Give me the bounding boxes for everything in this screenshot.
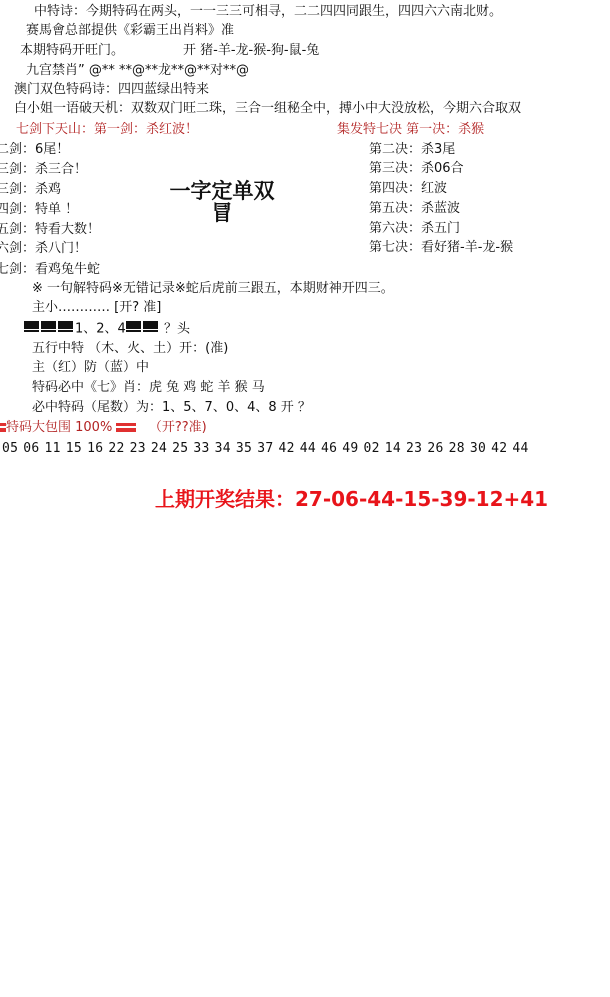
- red-bar-icon: [116, 423, 136, 432]
- jue-item: 第六决：杀五门: [369, 220, 460, 238]
- sword-value: 6尾！: [35, 142, 69, 157]
- last-result-value: 27-06-44-15-39-12+41: [295, 487, 548, 511]
- special-poem: 中特诗：今期特码在两头，一一三三可相寻，二二四四同跟生，四四六六南北财。: [34, 3, 502, 21]
- sword-value: 杀三合！: [35, 162, 87, 177]
- five-elements-line: 五行中特 （木、火、土）开：(准): [32, 340, 228, 358]
- number: 37: [257, 441, 273, 456]
- number: 05: [2, 441, 18, 456]
- number: 16: [87, 441, 103, 456]
- number: 46: [321, 441, 337, 456]
- number: 44: [512, 441, 528, 456]
- black-bars-icon: [24, 320, 75, 338]
- jue-item: 第三决：杀06合: [369, 160, 464, 178]
- jue-item: 第五决：杀蓝波: [369, 200, 460, 218]
- sword-label: 四剑：: [0, 202, 35, 217]
- sword-label: 三剑：: [0, 182, 35, 197]
- number: 06: [23, 441, 39, 456]
- surround-line: 特码大包围 100% （开??准): [0, 419, 207, 437]
- provider-line: 赛馬會总部提供《彩霸王出肖料》准: [26, 22, 234, 40]
- jue-value: 看好猪-羊-龙-猴: [421, 240, 513, 255]
- sword-value: 特看大数！: [35, 222, 100, 237]
- sword-label: 二剑：: [0, 142, 35, 157]
- one-sentence-line: ※ 一句解特码※无错记录※蛇后虎前三跟五，本期财神开四三。: [32, 280, 394, 298]
- sword-item: 三剑：杀鸡: [0, 181, 61, 199]
- number: 15: [66, 441, 82, 456]
- red-blue-line: 主（红）防（蓝）中: [32, 359, 149, 377]
- number: 25: [172, 441, 188, 456]
- jue-item: 第七决：看好猪-羊-龙-猴: [369, 239, 513, 257]
- sword-item: 四剑：特单 ！: [0, 201, 78, 219]
- wang-men-value: 开 猪-羊-龙-猴-狗-鼠-兔: [183, 42, 319, 60]
- black-bars-icon: [126, 320, 160, 338]
- sword-value: 杀鸡: [35, 182, 61, 197]
- seven-swords-header: 七剑下天山：第一剑：杀红波！: [16, 121, 198, 139]
- number-list: 0506111516222324253334353742444649021423…: [2, 441, 534, 456]
- sword-label: 七剑：: [0, 262, 35, 277]
- center-title-line2: 冒: [160, 202, 284, 224]
- macau-colors-poem: 澳门双色特码诗：四四蓝绿出特来: [14, 81, 209, 99]
- number: 49: [342, 441, 358, 456]
- number: 28: [449, 441, 465, 456]
- number: 14: [385, 441, 401, 456]
- last-result-label: 上期开奖结果：: [155, 487, 295, 511]
- jue-value: 杀06合: [421, 161, 464, 176]
- number: 34: [215, 441, 231, 456]
- head-numbers: 1、2、4: [75, 322, 126, 337]
- sword-value: 杀八门！: [35, 241, 87, 256]
- center-title: 一字定单双 冒: [160, 180, 284, 224]
- last-result: 上期开奖结果：27-06-44-15-39-12+41: [155, 486, 548, 512]
- center-title-line1: 一字定单双: [160, 180, 284, 202]
- jue-value: 红波: [421, 181, 447, 196]
- sword-label: 六剑：: [0, 241, 35, 256]
- number: 23: [406, 441, 422, 456]
- number: 42: [491, 441, 507, 456]
- tail-numbers-line: 必中特码（尾数）为：1、5、7、0、4、8 开 ？: [32, 399, 311, 417]
- seven-jue-header: 集发特七决 第一决：杀猴: [337, 121, 484, 139]
- jue-value: 杀蓝波: [421, 201, 460, 216]
- jiugong-line: 九宫禁肖” @** **@**龙**@**对**@: [26, 62, 249, 80]
- surround-label: 特码大包围 100%: [6, 420, 112, 435]
- sword-label: 三剑：: [0, 162, 35, 177]
- jue-item: 第四决：红波: [369, 180, 447, 198]
- sword-value: 特单 ！: [35, 202, 78, 217]
- sword-label: 五剑：: [0, 222, 35, 237]
- number: 42: [278, 441, 294, 456]
- number: 02: [364, 441, 380, 456]
- sword-item: 二剑：6尾！: [0, 141, 69, 159]
- jue-label: 第四决：: [369, 181, 421, 196]
- head-suffix: ？头: [160, 322, 190, 337]
- number: 44: [300, 441, 316, 456]
- jue-value: 杀五门: [421, 221, 460, 236]
- surround-suffix: （开??准): [149, 420, 207, 435]
- sword-value: 看鸡兔牛蛇: [35, 262, 100, 277]
- jue-item: 第二决：杀3尾: [369, 141, 455, 159]
- miss-bai-line: 白小姐一语破天机：双数双门旺二珠，三合一组秘全中，搏小中大没放松，今期六合取双: [14, 100, 521, 118]
- number: 35: [236, 441, 252, 456]
- jue-label: 第五决：: [369, 201, 421, 216]
- number: 24: [151, 441, 167, 456]
- number: 26: [427, 441, 443, 456]
- seven-zodiac-line: 特码必中《七》肖：虎 兔 鸡 蛇 羊 猴 马: [32, 379, 265, 397]
- sword-item: 三剑：杀三合！: [0, 161, 87, 179]
- sword-item: 七剑：看鸡兔牛蛇: [0, 261, 100, 279]
- number: 22: [108, 441, 124, 456]
- sword-item: 六剑：杀八门！: [0, 240, 87, 258]
- main-small-line: 主小………… [开? 准]: [32, 299, 161, 317]
- head-numbers-line: 1、2、4 ？头: [24, 320, 190, 339]
- jue-label: 第二决：: [369, 142, 421, 157]
- jue-label: 第六决：: [369, 221, 421, 236]
- jue-label: 第三决：: [369, 161, 421, 176]
- sword-item: 五剑：特看大数！: [0, 221, 100, 239]
- jue-value: 杀3尾: [421, 142, 455, 157]
- number: 33: [193, 441, 209, 456]
- number: 23: [130, 441, 146, 456]
- wang-men-label: 本期特码开旺门。: [20, 42, 124, 60]
- jue-label: 第七决：: [369, 240, 421, 255]
- number: 30: [470, 441, 486, 456]
- number: 11: [45, 441, 61, 456]
